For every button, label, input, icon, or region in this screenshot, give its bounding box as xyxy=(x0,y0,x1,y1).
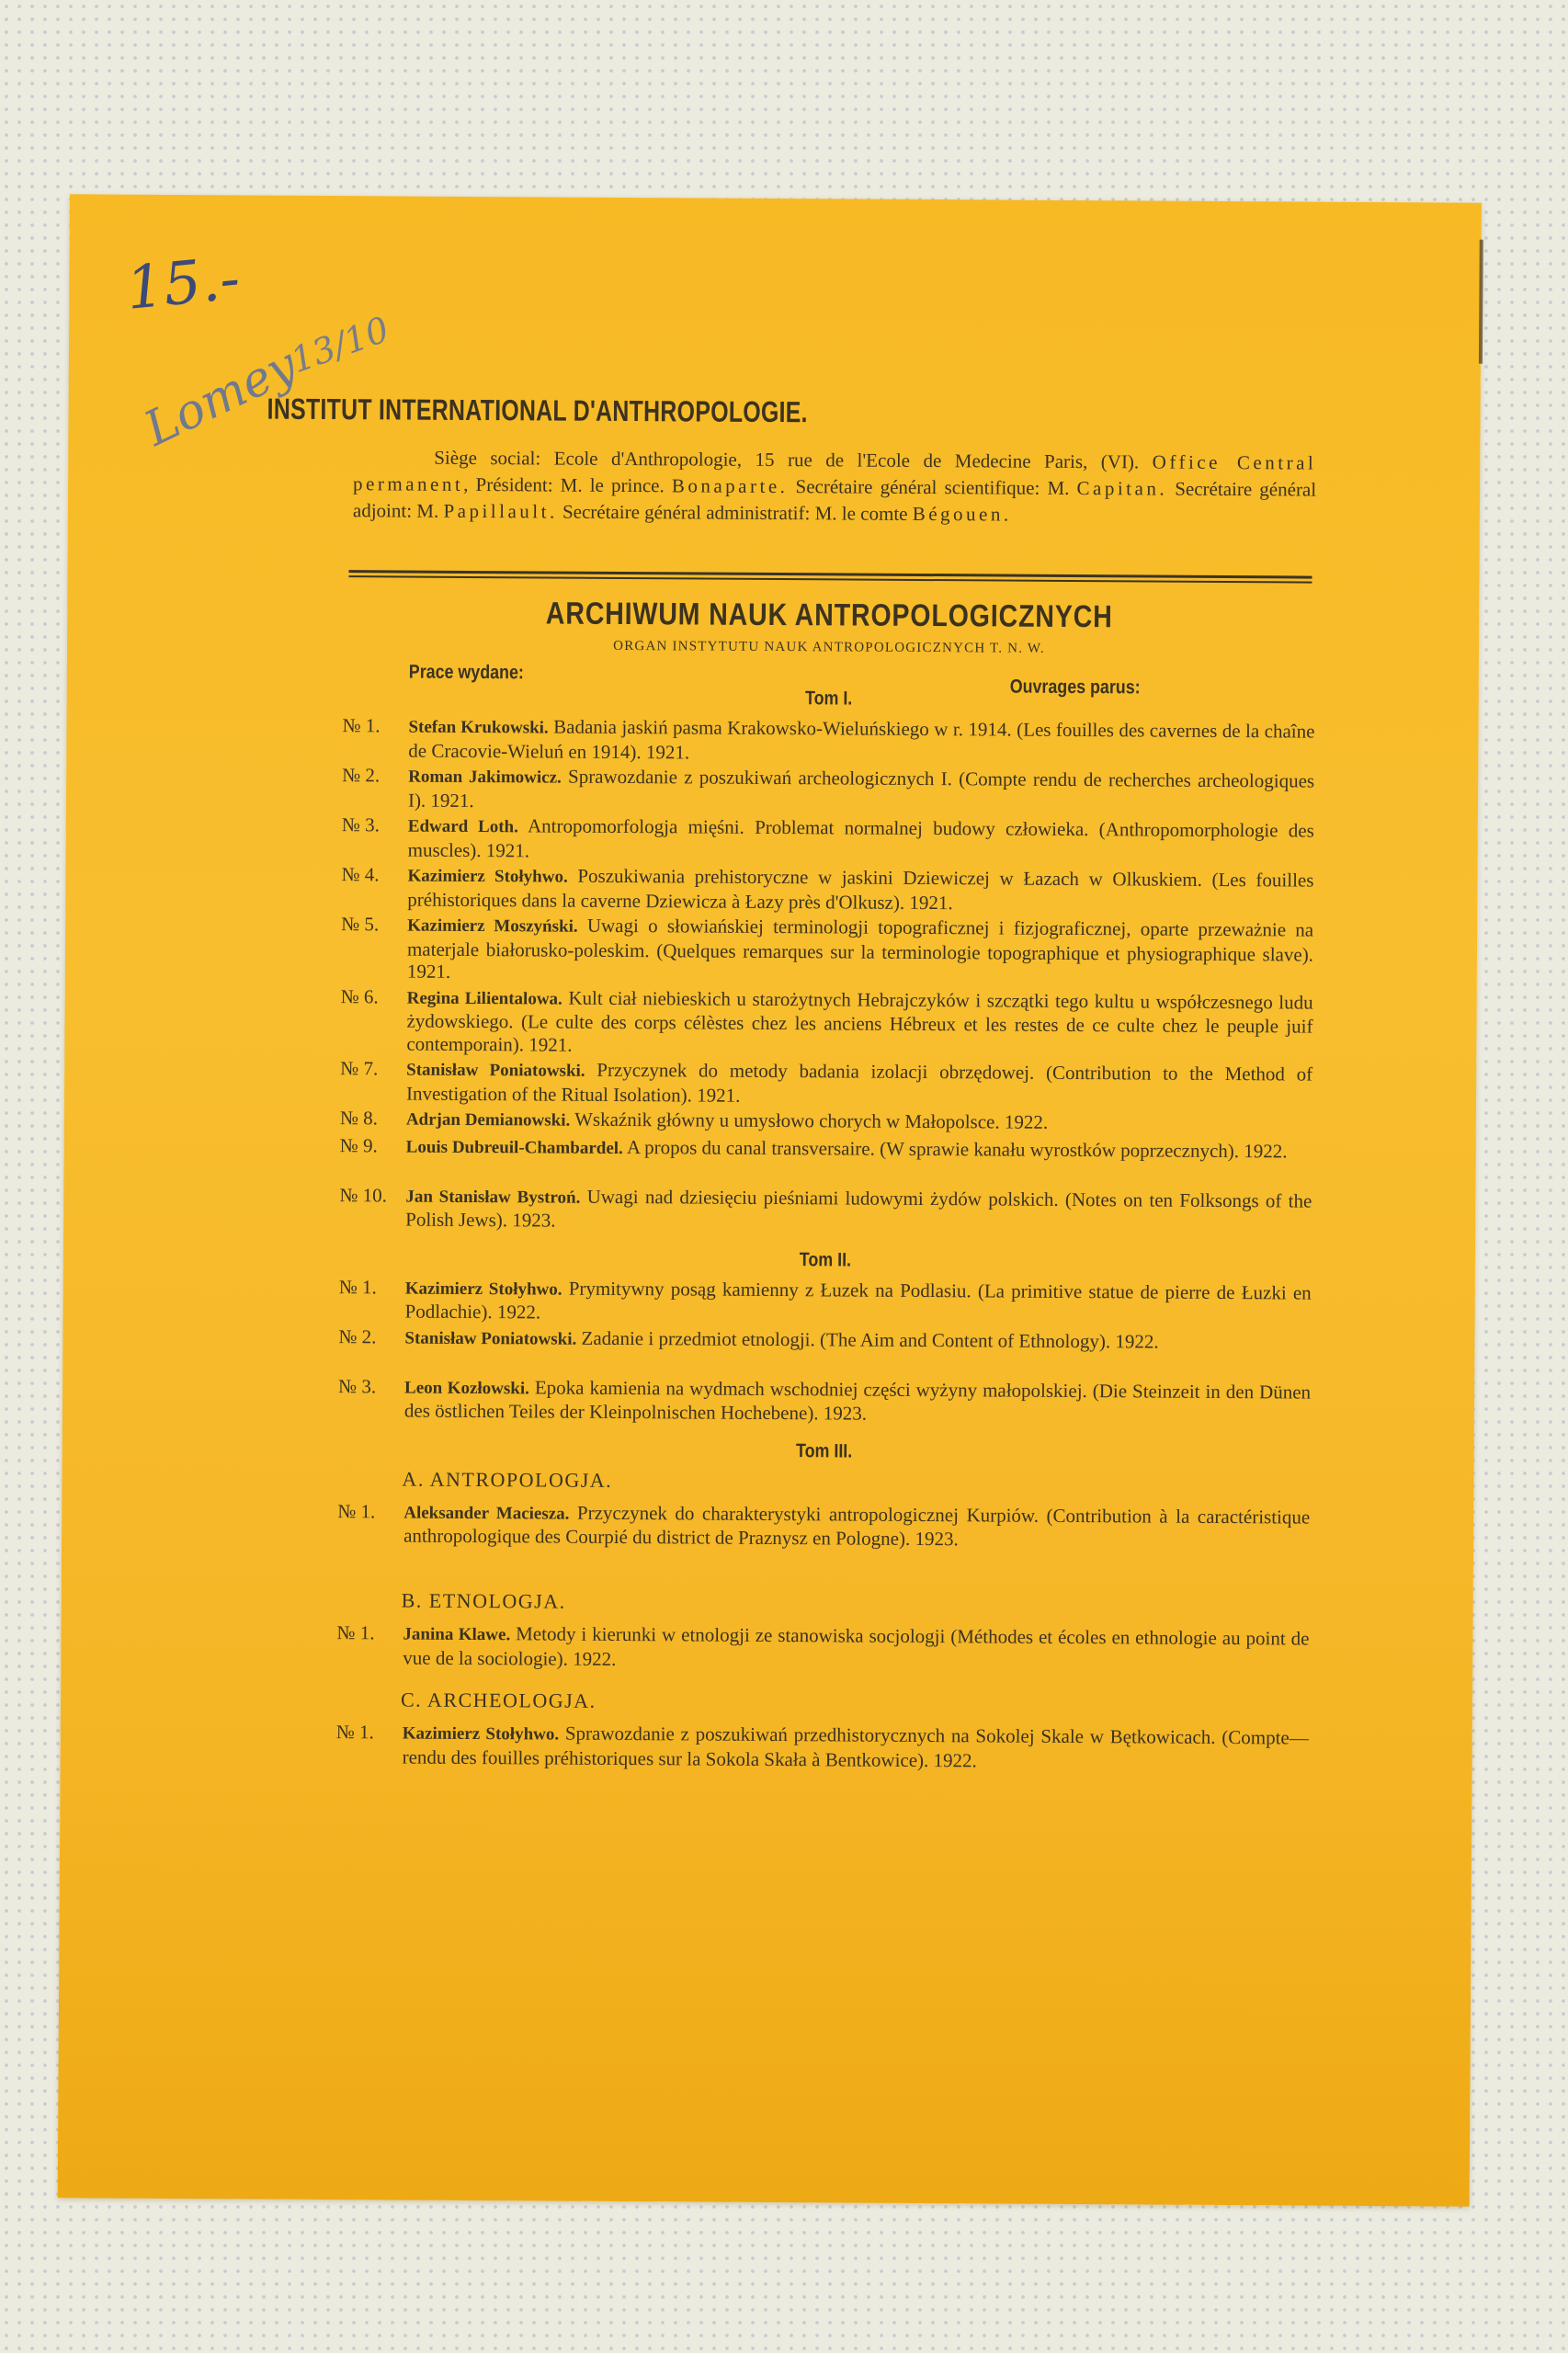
publication-entry: № 1.Aleksander Maciesza. Przyczynek do c… xyxy=(337,1500,1310,1552)
entry-author: Leon Kozłowski. xyxy=(404,1378,529,1398)
entry-number: № 3. xyxy=(342,813,406,836)
double-rule-divider xyxy=(348,570,1312,585)
institute-title: INSTITUT INTERNATIONAL D'ANTHROPOLOGIE. xyxy=(267,392,812,430)
volume-heading: Tom I. xyxy=(415,686,1242,712)
entry-text: Stanisław Poniatowski. Przyczynek do met… xyxy=(406,1058,1312,1110)
publication-entry: № 3.Leon Kozłowski. Epoka kamienia na wy… xyxy=(338,1375,1311,1427)
entry-number: № 4. xyxy=(341,863,405,886)
section-heading: A. ANTROPOLOGJA. xyxy=(402,1467,612,1492)
publication-entry: № 2.Roman Jakimowicz. Sprawozdanie z pos… xyxy=(342,764,1314,816)
publication-entry: № 10.Jan Stanisław Bystroń. Uwagi nad dz… xyxy=(339,1184,1312,1236)
entry-text: Kazimierz Stołyhwo. Sprawozdanie z poszu… xyxy=(403,1722,1309,1774)
entry-number: № 1. xyxy=(339,1276,403,1299)
entry-text: Kazimierz Stołyhwo. Poszukiwania prehist… xyxy=(407,864,1313,916)
publication-entry: № 1.Kazimierz Stołyhwo. Prymitywny posąg… xyxy=(339,1276,1312,1328)
entry-number: № 1. xyxy=(336,1621,401,1644)
sec-adm-text: Secrétaire général administratif: M. le … xyxy=(562,501,908,525)
sec-sci-name: Capitan. xyxy=(1076,477,1167,500)
entry-number: № 8. xyxy=(340,1107,404,1130)
entry-text: Stanisław Poniatowski. Zadanie i przedmi… xyxy=(404,1325,1311,1356)
institute-officers: Siège social: Ecole d'Anthropologie, 15 … xyxy=(353,444,1317,529)
entry-text: Leon Kozłowski. Epoka kamienia na wydmac… xyxy=(404,1375,1311,1427)
entry-number: № 9. xyxy=(340,1134,404,1157)
publication-entry: № 3.Edward Loth. Antropomorfologja mięśn… xyxy=(342,813,1314,866)
entry-author: Stanisław Poniatowski. xyxy=(404,1328,576,1348)
handwritten-price: 15.- xyxy=(123,244,243,324)
publication-entry: № 4.Kazimierz Stołyhwo. Poszukiwania pre… xyxy=(341,863,1313,915)
entry-author: Aleksander Maciesza. xyxy=(403,1503,569,1523)
entry-author: Regina Lilientalowa. xyxy=(407,988,562,1008)
publication-entry: № 6.Regina Lilientalowa. Kult ciał niebi… xyxy=(340,985,1312,1061)
entry-author: Adrjan Demianowski. xyxy=(406,1110,571,1131)
entry-title: Epoka kamienia na wydmach wschodniej czę… xyxy=(404,1376,1311,1425)
archive-title: ARCHIWUM NAUK ANTROPOLOGICZNYCH xyxy=(421,596,1238,636)
entry-author: Kazimierz Moszyński. xyxy=(407,916,578,937)
entry-text: Edward Loth. Antropomorfologja mięśni. P… xyxy=(408,814,1314,867)
entry-number: № 10. xyxy=(339,1184,403,1207)
publication-listing: Tom I.№ 1.Stefan Krukowski. Badania jask… xyxy=(70,194,1482,202)
entry-title: Zadanie i przedmiot etnologji. (The Aim … xyxy=(576,1326,1159,1352)
entry-text: Jan Stanisław Bystroń. Uwagi nad dziesię… xyxy=(405,1184,1312,1236)
entry-number: № 6. xyxy=(341,985,405,1008)
publication-entry: № 1.Stefan Krukowski. Badania jaskiń pas… xyxy=(342,714,1314,767)
entry-number: № 1. xyxy=(342,714,406,737)
volume-heading: Tom III. xyxy=(411,1438,1237,1464)
entry-author: Jan Stanisław Bystroń. xyxy=(405,1187,580,1207)
entry-text: Aleksander Maciesza. Przyczynek do chara… xyxy=(403,1500,1310,1552)
entry-number: № 1. xyxy=(337,1500,402,1523)
entry-text: Kazimierz Moszyński. Uwagi o słowiańskie… xyxy=(407,914,1313,989)
entry-number: № 1. xyxy=(336,1721,401,1744)
volume-heading: Tom II. xyxy=(412,1246,1238,1273)
publication-entry: № 8.Adrjan Demianowski. Wskaźnik główny … xyxy=(340,1107,1312,1137)
document-cover: 15.- Lomey 13/10 INSTITUT INTERNATIONAL … xyxy=(58,194,1482,2206)
entry-author: Louis Dubreuil-Chambardel. xyxy=(406,1137,623,1157)
entry-number: № 2. xyxy=(342,764,406,787)
sec-adj-name: Papillault. xyxy=(443,500,557,523)
entry-number: № 7. xyxy=(340,1057,404,1080)
entry-author: Stefan Krukowski. xyxy=(408,718,548,738)
sec-adm-name: Bégouen. xyxy=(913,503,1012,526)
entry-text: Roman Jakimowicz. Sprawozdanie z poszuki… xyxy=(408,765,1314,817)
entry-author: Roman Jakimowicz. xyxy=(408,767,562,788)
sec-sci-text: Secrétaire général scientifique: M. xyxy=(796,475,1070,499)
siege-line: Siège social: Ecole d'Anthropologie, 15 … xyxy=(434,447,1139,473)
publication-entry: № 2.Stanisław Poniatowski. Zadanie i prz… xyxy=(338,1325,1311,1356)
publication-entry: № 5.Kazimierz Moszyński. Uwagi o słowiań… xyxy=(341,913,1313,988)
section-heading: C. ARCHEOLOGJA. xyxy=(401,1688,597,1713)
spine-edge xyxy=(1479,240,1483,364)
section-heading: B. ETNOLOGJA. xyxy=(402,1589,566,1614)
entry-number: № 5. xyxy=(341,913,405,936)
entry-text: Louis Dubreuil-Chambardel. A propos du c… xyxy=(406,1134,1312,1165)
president-text: , Président: M. le prince. xyxy=(463,473,665,496)
entry-number: № 2. xyxy=(338,1325,403,1348)
entry-text: Adrjan Demianowski. Wskaźnik główny u um… xyxy=(406,1108,1312,1138)
entry-author: Kazimierz Stołyhwo. xyxy=(407,867,567,887)
entry-title: Metody i kierunki w etnologji ze stanowi… xyxy=(403,1622,1309,1669)
entry-number: № 3. xyxy=(338,1375,403,1398)
entry-author: Kazimierz Stołyhwo. xyxy=(403,1724,559,1745)
entry-author: Janina Klawe. xyxy=(403,1625,510,1645)
archive-subtitle: ORGAN INSTYTUTU NAUK ANTROPOLOGICZNYCH T… xyxy=(343,637,1315,658)
entry-title: Wskaźnik główny u umysłowo chorych w Mał… xyxy=(570,1108,1048,1133)
publication-entry: № 9.Louis Dubreuil-Chambardel. A propos … xyxy=(340,1134,1312,1165)
entry-title: A propos du canal transversaire. (W spra… xyxy=(623,1136,1288,1162)
entry-title: Antropomorfologja mięśni. Problemat norm… xyxy=(408,814,1314,861)
entry-text: Stefan Krukowski. Badania jaskiń pasma K… xyxy=(408,715,1314,767)
president-name: Bonaparte. xyxy=(672,474,789,497)
entry-author: Edward Loth. xyxy=(408,817,518,837)
entry-text: Janina Klawe. Metody i kierunki w etnolo… xyxy=(403,1622,1309,1675)
publication-entry: № 1.Kazimierz Stołyhwo. Sprawozdanie z p… xyxy=(336,1721,1309,1773)
label-published-pl: Prace wydane: xyxy=(409,662,524,685)
publication-entry: № 7.Stanisław Poniatowski. Przyczynek do… xyxy=(340,1057,1312,1109)
entry-author: Stanisław Poniatowski. xyxy=(406,1061,585,1081)
entry-author: Kazimierz Stołyhwo. xyxy=(405,1279,562,1299)
publication-entry: № 1.Janina Klawe. Metody i kierunki w et… xyxy=(336,1621,1309,1674)
handwritten-fraction: 13/10 xyxy=(286,309,394,381)
entry-text: Kazimierz Stołyhwo. Prymitywny posąg kam… xyxy=(405,1276,1312,1328)
entry-text: Regina Lilientalowa. Kult ciał niebieski… xyxy=(406,985,1312,1061)
